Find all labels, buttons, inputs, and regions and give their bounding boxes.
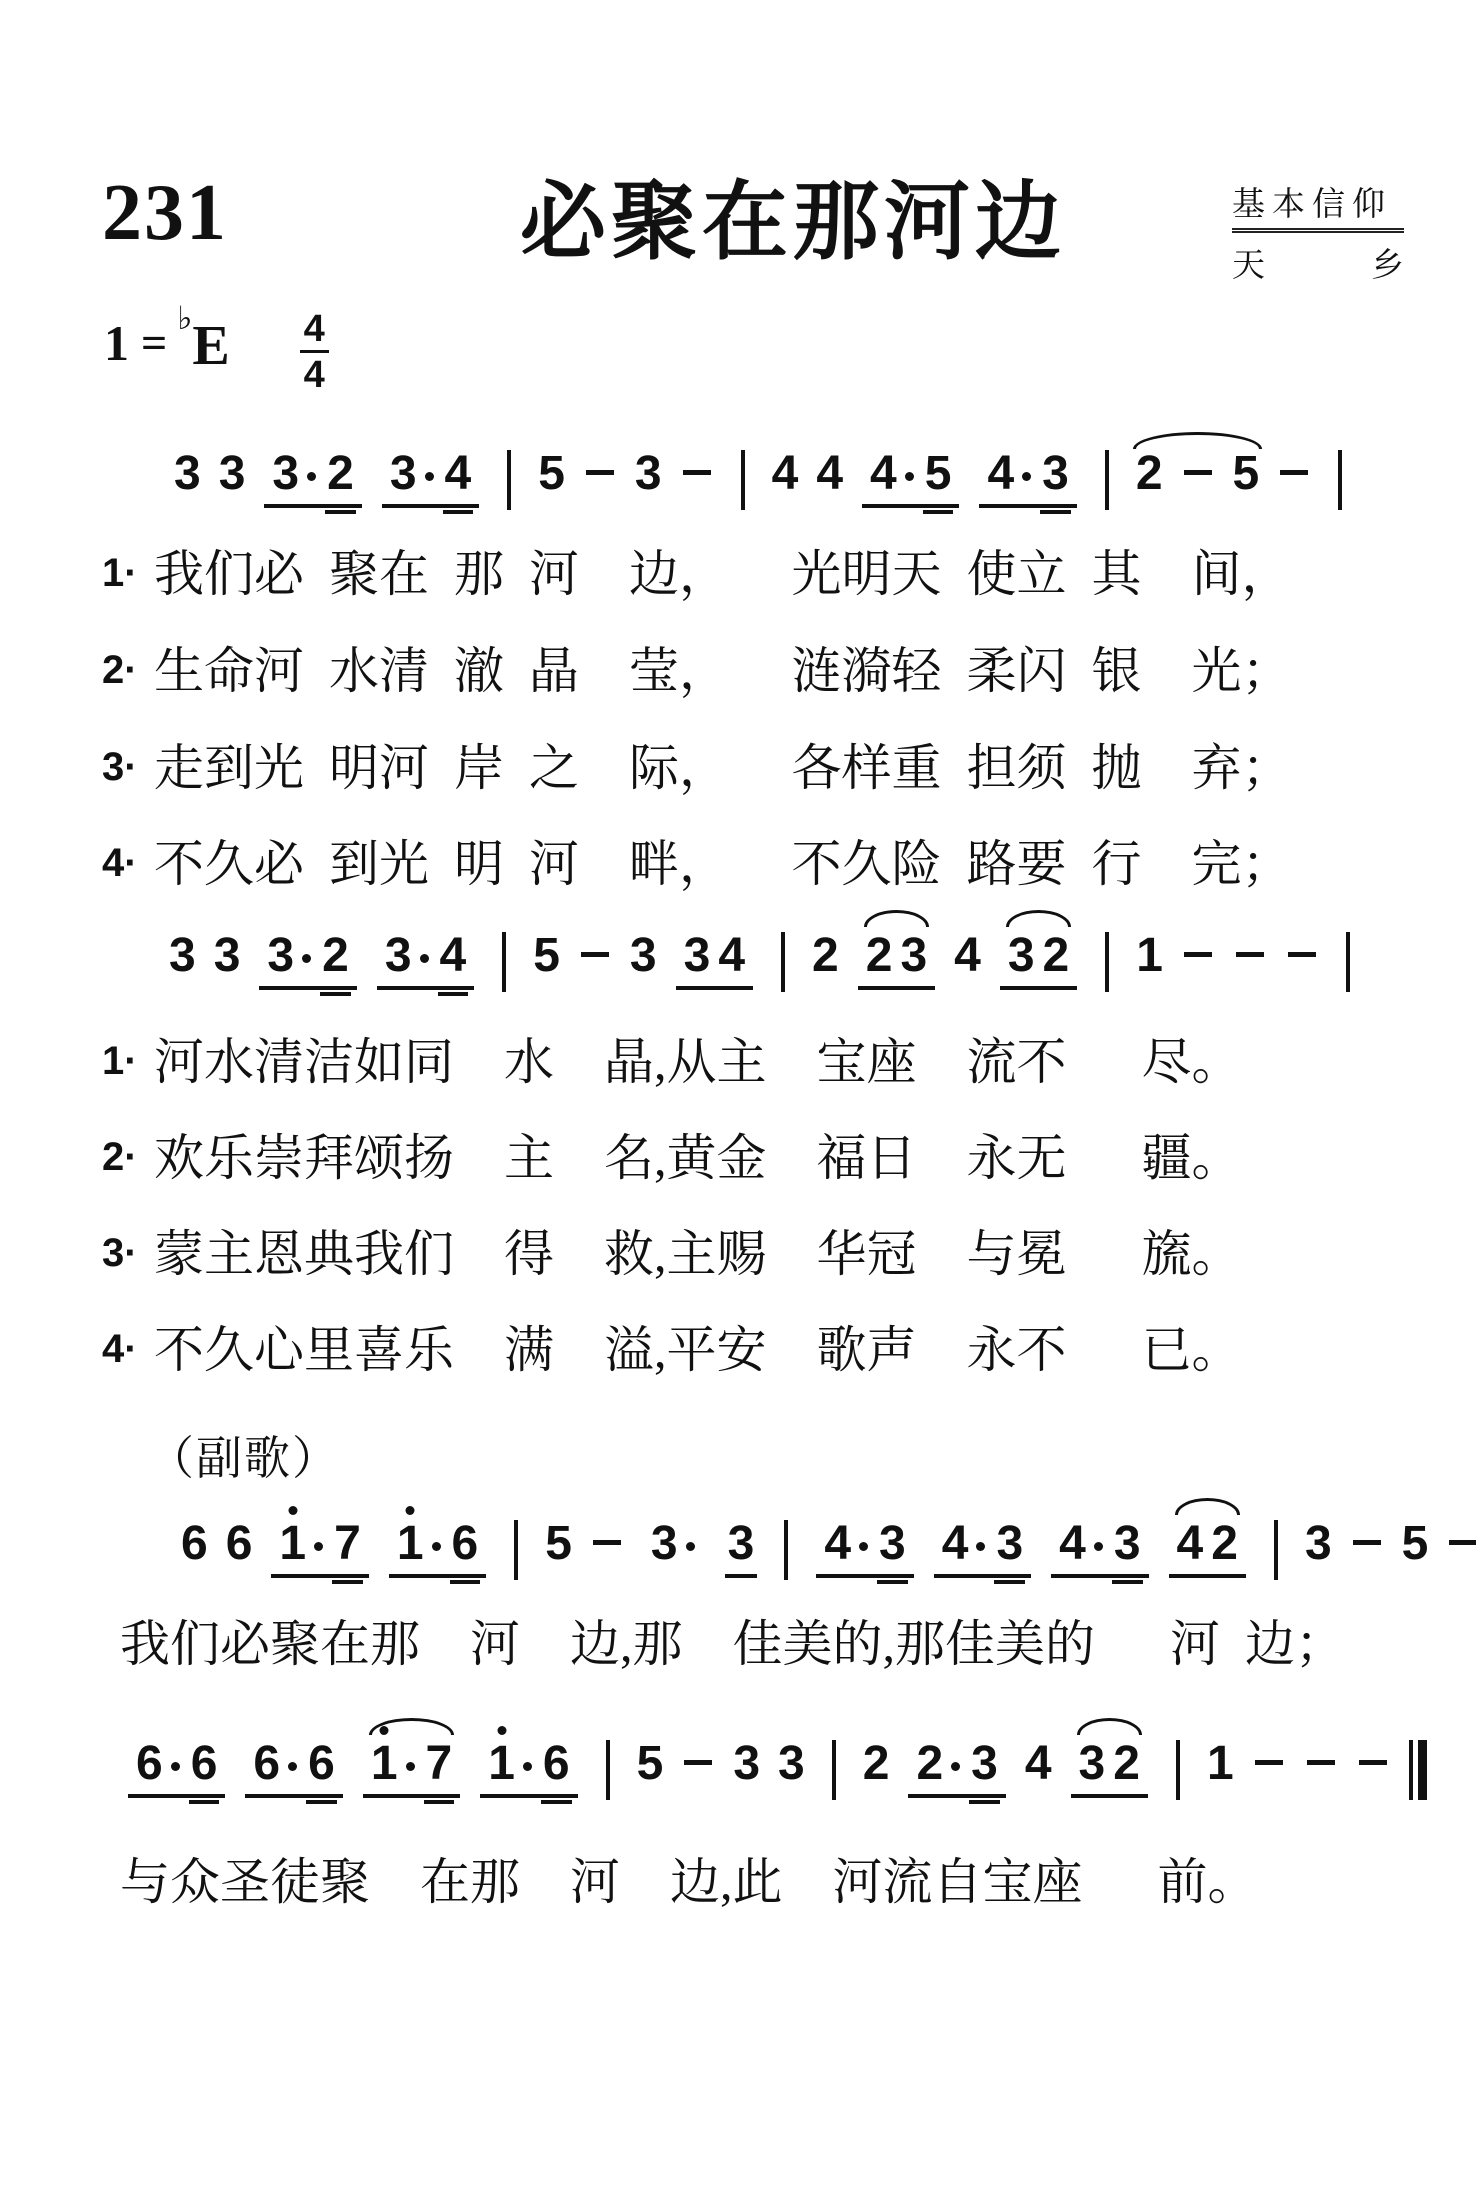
- verse-number: 2·: [102, 643, 154, 693]
- verse-number: 2·: [102, 1130, 154, 1180]
- sixteenth-line: [306, 1800, 337, 1804]
- music-note: 6: [543, 1740, 570, 1788]
- note-number: 3: [174, 450, 201, 498]
- note-number: 6: [226, 1520, 253, 1568]
- category-sub-left: 天: [1232, 239, 1265, 286]
- sixteenth-line: [424, 1800, 455, 1804]
- note-group: 32: [264, 450, 361, 508]
- note-number: 3: [630, 932, 657, 980]
- flat-icon: ♭: [177, 302, 192, 334]
- music-note: 3: [214, 932, 241, 980]
- final-barline-thin: [1409, 1740, 1413, 1800]
- barline: [1274, 1520, 1278, 1580]
- music-note: 3: [1079, 1740, 1106, 1788]
- note-group: 23: [858, 932, 935, 990]
- category-block: 基本信仰 天 乡: [1232, 178, 1404, 286]
- music-note: 5: [545, 1520, 572, 1568]
- note-number: 4: [942, 1520, 969, 1568]
- music-note: 6: [191, 1740, 218, 1788]
- music-note: 2: [866, 932, 893, 980]
- note-number: 4: [870, 450, 897, 498]
- octave-dot: [288, 1506, 297, 1515]
- note-number: 5: [637, 1740, 664, 1788]
- augmentation-dot: [905, 472, 914, 481]
- barline: [1338, 450, 1342, 510]
- note-number: 2: [863, 1740, 890, 1788]
- note-number: 3: [971, 1740, 998, 1788]
- note-number: 4: [816, 450, 843, 498]
- music-note: 3: [900, 932, 927, 980]
- note-number: 3: [1114, 1520, 1141, 1568]
- verse-number: 3·: [102, 1226, 154, 1276]
- music-note: 2: [327, 450, 354, 498]
- note-group: 43: [979, 450, 1076, 508]
- verse-number: 4·: [102, 1322, 154, 1372]
- note-number: 3: [214, 932, 241, 980]
- music-note: 3: [778, 1740, 805, 1788]
- slur-span: 25: [1127, 450, 1268, 498]
- note-number: 4: [824, 1520, 851, 1568]
- note-number: 4: [772, 450, 799, 498]
- note-number: 6: [181, 1520, 208, 1568]
- augmentation-dot: [976, 1542, 985, 1551]
- note-number: 1: [1207, 1740, 1234, 1788]
- note-group: 32: [1071, 1740, 1148, 1798]
- note-number: 3: [900, 932, 927, 980]
- note-number: 2: [327, 450, 354, 498]
- music-note: 2: [1113, 1740, 1140, 1788]
- music-note: 5: [925, 450, 952, 498]
- chorus-music-line-2: 666617165332234321: [118, 1740, 1437, 1800]
- music-note: 5: [1402, 1520, 1429, 1568]
- note-number: 3: [1042, 450, 1069, 498]
- note-group: 66: [245, 1740, 342, 1798]
- note-number: 3: [169, 932, 196, 980]
- music-note: 3: [1114, 1520, 1141, 1568]
- duration-dash: [1280, 470, 1308, 475]
- verse-row: 1· 我们必 聚在 那 河 边， 光明天 使立 其 间，: [102, 546, 1292, 604]
- note-group: 43: [816, 1520, 913, 1578]
- barline: [1346, 932, 1350, 992]
- chorus-lyric-line: 与众圣徒聚 在那 河 边,此 河流自宝座 前。: [120, 1842, 1258, 1914]
- music-note: 5: [533, 932, 560, 980]
- note-group: 32: [259, 932, 356, 990]
- note-number: 1: [1136, 932, 1163, 980]
- octave-dot: [380, 1726, 389, 1735]
- note-number: 4: [445, 450, 472, 498]
- sixteenth-line: [994, 1580, 1025, 1584]
- barline: [1176, 1740, 1180, 1800]
- note-number: 6: [543, 1740, 570, 1788]
- music-note: 7: [426, 1740, 453, 1788]
- barline: [606, 1740, 610, 1800]
- note-number: 2: [812, 932, 839, 980]
- note-number: 5: [545, 1520, 572, 1568]
- verse-text: 欢乐崇拜颂扬 主 名,黄金 福日 永无 疆。: [154, 1130, 1242, 1188]
- duration-dash: [1236, 952, 1264, 957]
- verse-text: 不久必 到光 明 河 畔， 不久险 路要 行 完；: [154, 836, 1292, 894]
- augmentation-dot: [951, 1762, 960, 1771]
- note-number: 1: [488, 1740, 515, 1788]
- music-note: 5: [538, 450, 565, 498]
- sixteenth-line: [923, 510, 954, 514]
- octave-dot: [497, 1726, 506, 1735]
- augmentation-dot: [171, 1762, 180, 1771]
- duration-dash: [1184, 952, 1212, 957]
- duration-dash: [1255, 1760, 1283, 1765]
- music-note: 6: [253, 1740, 300, 1788]
- music-note: 4: [870, 450, 917, 498]
- note-number: 5: [533, 932, 560, 980]
- music-note: 5: [637, 1740, 664, 1788]
- music-note: 2: [1043, 932, 1070, 980]
- note-group: 32: [1000, 932, 1077, 990]
- verse-text: 不久心里喜乐 满 溢,平安 歌声 永不 已。: [154, 1322, 1242, 1380]
- note-number: 3: [728, 1520, 755, 1568]
- note-number: 1: [279, 1520, 306, 1568]
- note-number: 2: [1211, 1520, 1238, 1568]
- sixteenth-line: [969, 1800, 1000, 1804]
- note-number: 4: [1059, 1520, 1086, 1568]
- music-note: 3: [996, 1520, 1023, 1568]
- music-note: 4: [816, 450, 843, 498]
- note-number: 6: [191, 1740, 218, 1788]
- augmentation-dot: [302, 954, 311, 963]
- music-note: 2: [1136, 450, 1163, 498]
- sixteenth-line: [541, 1800, 572, 1804]
- music-note: 4: [772, 450, 799, 498]
- duration-dash: [1307, 1760, 1335, 1765]
- note-number: 1: [371, 1740, 398, 1788]
- final-barline: [1409, 1740, 1427, 1800]
- music-note: 6: [136, 1740, 183, 1788]
- note-number: 5: [925, 450, 952, 498]
- duration-dash: [1288, 952, 1316, 957]
- music-note: 2: [322, 932, 349, 980]
- note-group: 45: [862, 450, 959, 508]
- music-note: 4: [824, 1520, 871, 1568]
- note-group: 17: [271, 1520, 368, 1578]
- note-number: 2: [1113, 1740, 1140, 1788]
- augmentation-dot: [420, 954, 429, 963]
- note-group: 43: [934, 1520, 1031, 1578]
- music-line-1: 3332345344454325: [165, 450, 1360, 510]
- verse-row: 3· 蒙主恩典我们 得 救,主赐 华冠 与冕 旒。: [102, 1226, 1242, 1284]
- verse-row: 4· 不久心里喜乐 满 溢,平安 歌声 永不 已。: [102, 1322, 1242, 1380]
- verse-number: 4·: [102, 836, 154, 886]
- music-note: 2: [812, 932, 839, 980]
- music-note: 2: [863, 1740, 890, 1788]
- note-number: 4: [718, 932, 745, 980]
- verse-text: 生命河 水清 澈 晶 莹， 涟漪轻 柔闪 银 光；: [154, 643, 1292, 701]
- music-note: 6: [181, 1520, 208, 1568]
- verse-row: 2· 生命河 水清 澈 晶 莹， 涟漪轻 柔闪 银 光；: [102, 643, 1292, 701]
- note-number: 3: [651, 1520, 678, 1568]
- verse-text: 河水清洁如同 水 晶,从主 宝座 流不 尽。: [154, 1034, 1242, 1092]
- verse-number: 1·: [102, 546, 154, 596]
- note-group: 34: [377, 932, 474, 990]
- note-group: 34: [676, 932, 753, 990]
- note-number: 3: [1079, 1740, 1106, 1788]
- music-line-2: 33323453342234321: [160, 932, 1368, 992]
- music-note: 6: [226, 1520, 253, 1568]
- sixteenth-line: [320, 992, 351, 996]
- music-note: 3: [169, 932, 196, 980]
- note-number: 5: [1402, 1520, 1429, 1568]
- barline: [502, 932, 506, 992]
- augmentation-dot: [288, 1762, 297, 1771]
- duration-dash: [593, 1540, 621, 1545]
- verse-row: 4· 不久必 到光 明 河 畔， 不久险 路要 行 完；: [102, 836, 1292, 894]
- sixteenth-line: [450, 1580, 481, 1584]
- music-note: 3: [635, 450, 662, 498]
- augmentation-dot: [1094, 1542, 1103, 1551]
- music-note: 4: [445, 450, 472, 498]
- note-group: 3: [643, 1520, 706, 1568]
- category-label: 基本信仰: [1232, 178, 1404, 233]
- sixteenth-line: [1112, 1580, 1143, 1584]
- music-note: 2: [1211, 1520, 1238, 1568]
- augmentation-dot: [523, 1762, 532, 1771]
- hymn-number: 231: [102, 168, 228, 259]
- duration-dash: [581, 952, 609, 957]
- note-number: 3: [1305, 1520, 1332, 1568]
- music-note: 1: [279, 1520, 326, 1568]
- augmentation-dot: [307, 472, 316, 481]
- augmentation-dot: [1022, 472, 1031, 481]
- music-note: 3: [725, 1520, 758, 1578]
- music-note: 3: [272, 450, 319, 498]
- verse-number: 3·: [102, 740, 154, 790]
- duration-dash: [683, 470, 711, 475]
- note-number: 3: [219, 450, 246, 498]
- verse-row: 3· 走到光 明河 岸 之 际， 各样重 担须 抛 弃；: [102, 740, 1292, 798]
- note-number: 3: [385, 932, 412, 980]
- barline: [741, 450, 745, 510]
- music-note: 3: [1008, 932, 1035, 980]
- augmentation-dot: [859, 1542, 868, 1551]
- barline: [507, 450, 511, 510]
- note-number: 3: [684, 932, 711, 980]
- key-mode: E: [192, 318, 229, 374]
- sixteenth-line: [189, 1800, 220, 1804]
- note-number: 3: [635, 450, 662, 498]
- duration-dash: [1359, 1760, 1387, 1765]
- note-number: 3: [996, 1520, 1023, 1568]
- note-number: 6: [452, 1520, 479, 1568]
- music-note: 1: [1207, 1740, 1234, 1788]
- note-group: 17: [363, 1740, 460, 1798]
- music-note: 3: [385, 932, 432, 980]
- duration-dash: [684, 1760, 712, 1765]
- note-number: 3: [390, 450, 417, 498]
- note-number: 3: [1008, 932, 1035, 980]
- note-number: 6: [308, 1740, 335, 1788]
- music-note: 1: [371, 1740, 418, 1788]
- sixteenth-line: [1040, 510, 1071, 514]
- augmentation-dot: [314, 1542, 323, 1551]
- music-note: 1: [1136, 932, 1163, 980]
- key-equals: =: [141, 320, 167, 366]
- note-number: 6: [253, 1740, 280, 1788]
- note-number: 2: [866, 932, 893, 980]
- music-note: 4: [1025, 1740, 1052, 1788]
- duration-dash: [1184, 470, 1212, 475]
- augmentation-dot: [686, 1542, 695, 1551]
- barline: [832, 1740, 836, 1800]
- music-note: 3: [733, 1740, 760, 1788]
- key-tonic: 1: [104, 318, 129, 368]
- music-note: 4: [718, 932, 745, 980]
- note-group: 16: [389, 1520, 486, 1578]
- barline: [781, 932, 785, 992]
- category-sub: 天 乡: [1232, 239, 1404, 286]
- note-number: 2: [1136, 450, 1163, 498]
- note-number: 2: [916, 1740, 943, 1788]
- note-number: 1: [397, 1520, 424, 1568]
- augmentation-dot: [432, 1542, 441, 1551]
- sixteenth-line: [443, 510, 474, 514]
- music-note: 7: [334, 1520, 361, 1568]
- sixteenth-line: [877, 1580, 908, 1584]
- note-number: 3: [778, 1740, 805, 1788]
- augmentation-dot: [406, 1762, 415, 1771]
- note-group: 23: [908, 1740, 1005, 1798]
- music-note: 4: [1177, 1520, 1204, 1568]
- note-number: 4: [440, 932, 467, 980]
- music-note: 4: [440, 932, 467, 980]
- note-group: 42: [1169, 1520, 1246, 1578]
- music-note: 6: [452, 1520, 479, 1568]
- note-number: 4: [987, 450, 1014, 498]
- time-signature-numerator: 4: [300, 310, 329, 350]
- note-number: 3: [733, 1740, 760, 1788]
- music-note: 3: [390, 450, 437, 498]
- note-number: 3: [879, 1520, 906, 1568]
- chorus-lyric-line: 我们必聚在那 河 边,那 佳美的,那佳美的 河 边；: [120, 1604, 1345, 1676]
- note-group: 34: [382, 450, 479, 508]
- chorus-music-line-1: 6617165334343434235: [172, 1520, 1476, 1580]
- duration-dash: [586, 470, 614, 475]
- music-note: 3: [684, 932, 711, 980]
- key-signature: 1 = ♭ E 4 4: [104, 318, 329, 394]
- hymn-title: 必聚在那河边: [520, 152, 1066, 276]
- music-note: 1: [397, 1520, 444, 1568]
- verse-text: 蒙主恩典我们 得 救,主赐 华冠 与冕 旒。: [154, 1226, 1242, 1284]
- note-number: 2: [1043, 932, 1070, 980]
- music-note: 3: [630, 932, 657, 980]
- music-note: 3: [879, 1520, 906, 1568]
- sixteenth-line: [325, 510, 356, 514]
- music-note: 4: [954, 932, 981, 980]
- category-sub-right: 乡: [1371, 239, 1404, 286]
- augmentation-dot: [425, 472, 434, 481]
- note-group: 66: [128, 1740, 225, 1798]
- music-note: 1: [488, 1740, 535, 1788]
- note-number: 7: [426, 1740, 453, 1788]
- note-group: 43: [1051, 1520, 1148, 1578]
- music-note: 3: [219, 450, 246, 498]
- note-number: 2: [322, 932, 349, 980]
- music-note: 3: [1042, 450, 1069, 498]
- note-number: 5: [538, 450, 565, 498]
- note-number: 3: [267, 932, 294, 980]
- music-note: 5: [1233, 450, 1260, 498]
- final-barline-thick: [1418, 1740, 1427, 1800]
- verse-number: 1·: [102, 1034, 154, 1084]
- music-note: 2: [916, 1740, 963, 1788]
- barline: [784, 1520, 788, 1580]
- octave-dot: [406, 1506, 415, 1515]
- sixteenth-line: [438, 992, 469, 996]
- note-number: 4: [954, 932, 981, 980]
- note-number: 4: [1177, 1520, 1204, 1568]
- time-signature: 4 4: [300, 310, 329, 394]
- verse-text: 我们必 聚在 那 河 边， 光明天 使立 其 间，: [154, 546, 1292, 604]
- verse-row: 2· 欢乐崇拜颂扬 主 名,黄金 福日 永无 疆。: [102, 1130, 1242, 1188]
- barline: [1105, 450, 1109, 510]
- music-note: 3: [174, 450, 201, 498]
- hymn-sheet: 231 必聚在那河边 基本信仰 天 乡 1 = ♭ E 4 4 33323453…: [0, 0, 1476, 2185]
- note-number: 4: [1025, 1740, 1052, 1788]
- barline: [1105, 932, 1109, 992]
- barline: [514, 1520, 518, 1580]
- refrain-label: （副歌）: [148, 1422, 340, 1488]
- duration-dash: [1449, 1540, 1476, 1545]
- note-number: 7: [334, 1520, 361, 1568]
- note-number: 6: [136, 1740, 163, 1788]
- time-signature-denominator: 4: [300, 350, 329, 394]
- note-number: 3: [272, 450, 299, 498]
- sixteenth-line: [332, 1580, 363, 1584]
- note-number: 5: [1233, 450, 1260, 498]
- duration-dash: [1353, 1540, 1381, 1545]
- music-note: 6: [308, 1740, 335, 1788]
- music-note: 3: [651, 1520, 698, 1568]
- music-note: 4: [987, 450, 1034, 498]
- music-note: 4: [942, 1520, 989, 1568]
- verse-text: 走到光 明河 岸 之 际， 各样重 担须 抛 弃；: [154, 740, 1292, 798]
- music-note: 3: [267, 932, 314, 980]
- music-note: 3: [1305, 1520, 1332, 1568]
- note-group: 16: [480, 1740, 577, 1798]
- music-note: 4: [1059, 1520, 1106, 1568]
- music-note: 3: [971, 1740, 998, 1788]
- verse-row: 1· 河水清洁如同 水 晶,从主 宝座 流不 尽。: [102, 1034, 1242, 1092]
